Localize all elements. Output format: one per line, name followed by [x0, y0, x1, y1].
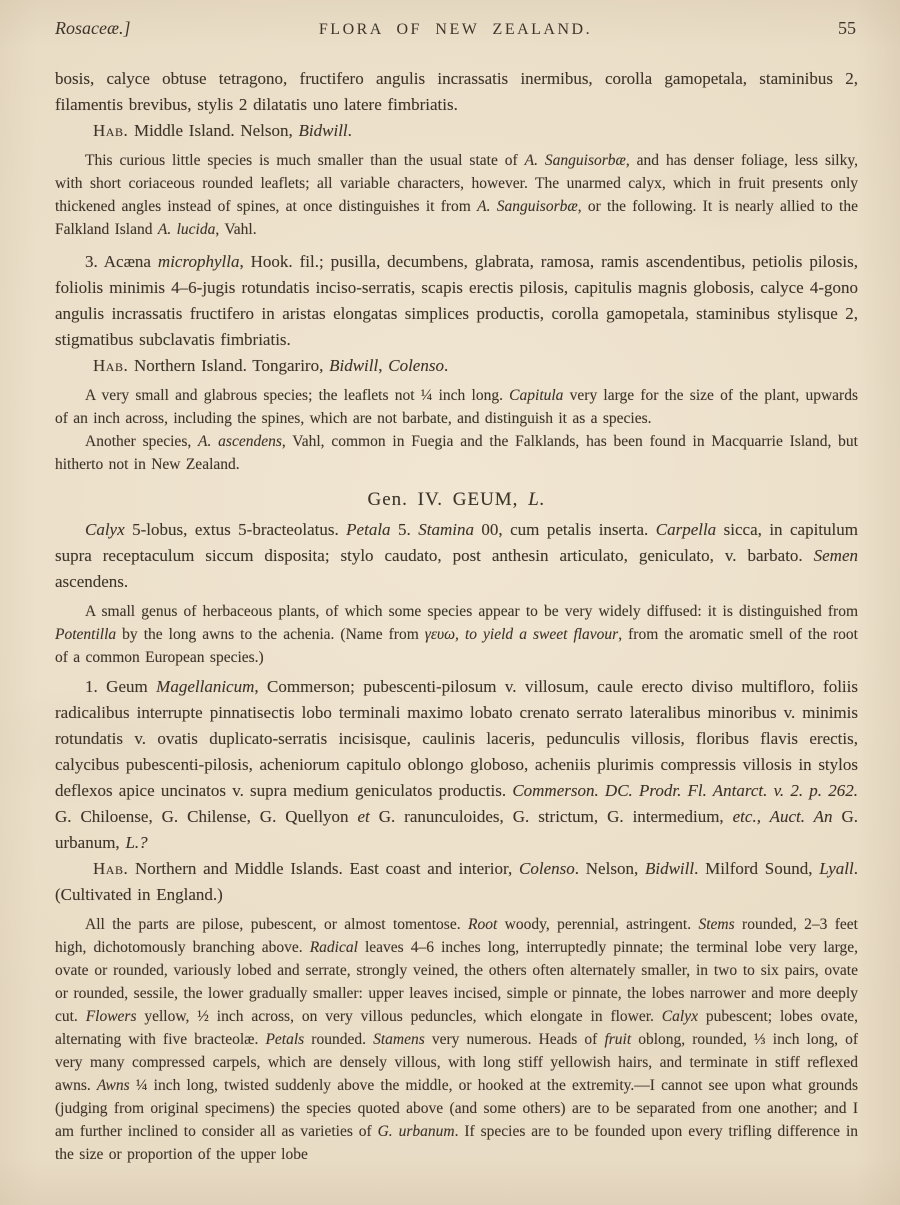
note-geum-magellanicum: All the parts are pilose, pubescent, or … — [55, 913, 858, 1166]
italic-text-run: Semen — [814, 546, 858, 565]
italic-text-run: Radical — [310, 939, 358, 956]
italic-text-run: Stamina — [418, 520, 474, 539]
text-run: , — [378, 356, 388, 375]
text-run: 3. Acæna — [85, 252, 158, 271]
habitat-line-geum: Hab. Northern and Middle Islands. East c… — [55, 856, 858, 908]
text-run: A very small and glabrous species; the l… — [85, 387, 509, 404]
text-run: 5. — [391, 520, 419, 539]
running-title: FLORA OF NEW ZEALAND. — [255, 21, 656, 39]
italic-text-run: microphylla — [158, 252, 240, 271]
habitat-line-middle-island: Hab. Middle Island. Nelson, Bidwill. — [55, 118, 858, 144]
italic-text-run: Bidwill — [329, 356, 378, 375]
text-run: Gen. IV. GEUM, — [367, 489, 528, 510]
text-run: by the long awns to the achenia. (Name f… — [116, 626, 425, 643]
italic-text-run: Stems — [698, 916, 734, 933]
text-run: woody, perennial, astringent. — [497, 916, 698, 933]
page-header: Rosaceæ.] FLORA OF NEW ZEALAND. 55 — [55, 12, 858, 39]
text-run: 00, cum petalis inserta. — [474, 520, 656, 539]
italic-text-run: L. — [528, 489, 545, 510]
small-caps-text-run: Hab. — [93, 356, 128, 375]
genus-note-geum: A small genus of herbaceous plants, of w… — [55, 600, 858, 669]
italic-text-run: Bidwill — [645, 859, 694, 878]
note-acaena-ascendens: Another species, A. ascendens, Vahl, com… — [55, 430, 858, 476]
small-caps-text-run: Hab. — [93, 859, 128, 878]
note-acaena-microphylla: A very small and glabrous species; the l… — [55, 384, 858, 430]
italic-text-run: Capitula — [509, 387, 563, 404]
page-number: 55 — [656, 18, 858, 39]
italic-text-run: Potentilla — [55, 626, 116, 643]
genus-character-geum: Calyx 5-lobus, extus 5-bracteolatus. Pet… — [55, 517, 858, 595]
italic-text-run: A. Sanguisorbæ — [525, 152, 626, 169]
italic-text-run: Awns — [97, 1077, 130, 1094]
italic-text-run: Petala — [346, 520, 390, 539]
text-run: . Nelson, — [575, 859, 645, 878]
italic-text-run: fruit — [604, 1031, 631, 1048]
text-run: bosis, calyce obtuse tetragono, fructife… — [55, 69, 858, 114]
text-run: A small genus of herbaceous plants, of w… — [85, 603, 858, 620]
text-run: G. Chiloense, G. Chilense, G. Quellyon — [55, 807, 357, 826]
italic-text-run: Magellanicum — [156, 677, 254, 696]
text-run: ascendens. — [55, 572, 128, 591]
genus-heading-geum: Gen. IV. GEUM, L. — [55, 489, 858, 511]
text-run: 1. Geum — [85, 677, 156, 696]
text-run: Middle Island. Nelson, — [128, 121, 298, 140]
text-run: G. ranunculoides, G. strictum, G. interm… — [370, 807, 733, 826]
species-entry-geum-magellanicum: 1. Geum Magellanicum, Commerson; pubesce… — [55, 674, 858, 856]
section-title: Rosaceæ.] — [55, 18, 255, 39]
italic-text-run: γευω, to yield a sweet flavour — [425, 626, 618, 643]
note-acaena-sanguisorbae: This curious little species is much smal… — [55, 149, 858, 241]
text-run: . Milford Sound, — [694, 859, 819, 878]
text-run: This curious little species is much smal… — [85, 152, 525, 169]
small-caps-text-run: Hab. — [93, 121, 128, 140]
italic-text-run: Bidwill — [299, 121, 348, 140]
text-run: . — [348, 121, 352, 140]
paragraph-species2-continuation: bosis, calyce obtuse tetragono, fructife… — [55, 66, 858, 118]
italic-text-run: Petals — [265, 1031, 304, 1048]
habitat-line-northern-island: Hab. Northern Island. Tongariro, Bidwill… — [55, 353, 858, 379]
italic-text-run: Carpella — [656, 520, 716, 539]
text-run: All the parts are pilose, pubescent, or … — [85, 916, 468, 933]
text-run: Northern and Middle Islands. East coast … — [128, 859, 519, 878]
italic-text-run: Calyx — [662, 1008, 698, 1025]
italic-text-run: Flowers — [86, 1008, 137, 1025]
text-run: Northern Island. Tongariro, — [128, 356, 329, 375]
italic-text-run: et — [357, 807, 369, 826]
text-run: Another species, — [85, 433, 198, 450]
italic-text-run: Stamens — [373, 1031, 425, 1048]
italic-text-run: A. ascendens — [198, 433, 282, 450]
italic-text-run: Lyall — [819, 859, 853, 878]
italic-text-run: Commerson. DC. Prodr. Fl. Antarct. v. 2.… — [512, 781, 858, 800]
text-run: yellow, ½ inch across, on very villous p… — [137, 1008, 662, 1025]
text-run: . — [444, 356, 448, 375]
italic-text-run: Colenso — [519, 859, 575, 878]
italic-text-run: A. lucida — [158, 221, 215, 238]
italic-text-run: etc., Auct. An — [733, 807, 833, 826]
text-run: rounded. — [304, 1031, 373, 1048]
species-entry-acaena-microphylla: 3. Acæna microphylla, Hook. fil.; pusill… — [55, 249, 858, 353]
italic-text-run: Colenso — [388, 356, 444, 375]
italic-text-run: Root — [468, 916, 497, 933]
italic-text-run: A. Sanguisorbæ — [477, 198, 578, 215]
text-run: , Vahl. — [215, 221, 256, 238]
text-run: very numerous. Heads of — [425, 1031, 605, 1048]
text-run: 5-lobus, extus 5-bracteolatus. — [125, 520, 347, 539]
italic-text-run: G. urbanum — [378, 1123, 455, 1140]
italic-text-run: L.? — [125, 833, 147, 852]
book-page: Rosaceæ.] FLORA OF NEW ZEALAND. 55 bosis… — [0, 0, 900, 1205]
italic-text-run: Calyx — [85, 520, 125, 539]
